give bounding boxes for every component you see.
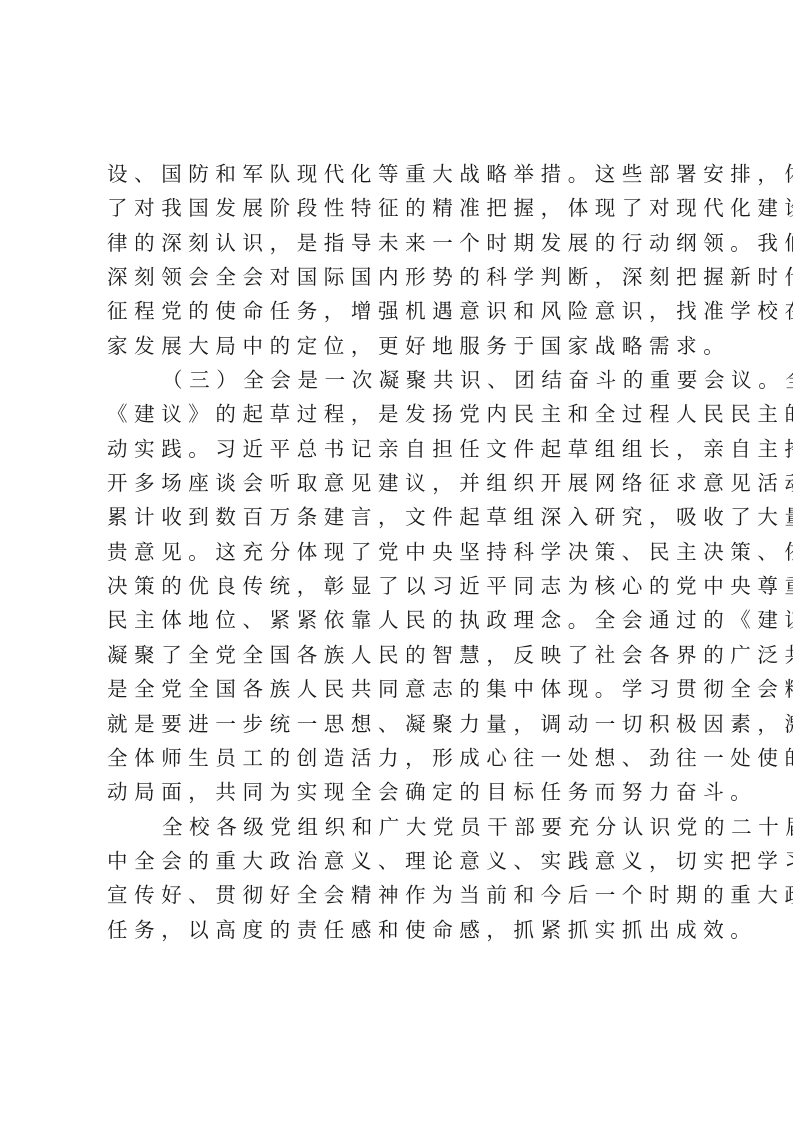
- text-line: （三）全会是一次凝聚共识、团结奋斗的重要会议。全会: [107, 363, 693, 397]
- text-line: 全校各级党组织和广大党员干部要充分认识党的二十届四: [107, 810, 693, 844]
- text-line: 是全党全国各族人民共同意志的集中体现。学习贯彻全会精神，: [107, 672, 693, 706]
- text-line: 开多场座谈会听取意见建议，并组织开展网络征求意见活动，: [107, 466, 693, 500]
- text-line: 任务，以高度的责任感和使命感，抓紧抓实抓出成效。: [107, 913, 693, 947]
- text-line: 全体师生员工的创造活力，形成心往一处想、劲往一处使的生: [107, 741, 693, 775]
- text-line: 了对我国发展阶段性特征的精准把握，体现了对现代化建设规: [107, 191, 693, 225]
- text-line: 《建议》的起草过程，是发扬党内民主和全过程人民民主的生: [107, 397, 693, 431]
- paragraph-strategy-deployment: 设、国防和军队现代化等重大战略举措。这些部署安排，体现 了对我国发展阶段性特征的…: [107, 157, 693, 363]
- text-line: 律的深刻认识，是指导未来一个时期发展的行动纲领。我们要: [107, 226, 693, 260]
- text-line: 深刻领会全会对国际国内形势的科学判断，深刻把握新时代新: [107, 260, 693, 294]
- paragraph-section-three-consensus: （三）全会是一次凝聚共识、团结奋斗的重要会议。全会 《建议》的起草过程，是发扬党…: [107, 363, 693, 809]
- text-line: 家发展大局中的定位，更好地服务于国家战略需求。: [107, 329, 693, 363]
- paragraph-call-to-action: 全校各级党组织和广大党员干部要充分认识党的二十届四 中全会的重大政治意义、理论意…: [107, 810, 693, 947]
- text-line: 动实践。习近平总书记亲自担任文件起草组组长，亲自主持召: [107, 432, 693, 466]
- text-line: 动局面，共同为实现全会确定的目标任务而努力奋斗。: [107, 775, 693, 809]
- text-line: 中全会的重大政治意义、理论意义、实践意义，切实把学习好、: [107, 844, 693, 878]
- text-line: 民主体地位、紧紧依靠人民的执政理念。全会通过的《建议》，: [107, 603, 693, 637]
- text-line: 设、国防和军队现代化等重大战略举措。这些部署安排，体现: [107, 157, 693, 191]
- text-line: 贵意见。这充分体现了党中央坚持科学决策、民主决策、依法: [107, 535, 693, 569]
- text-line: 凝聚了全党全国各族人民的智慧，反映了社会各界的广泛共识，: [107, 638, 693, 672]
- document-page: 设、国防和军队现代化等重大战略举措。这些部署安排，体现 了对我国发展阶段性特征的…: [107, 157, 693, 947]
- text-line: 征程党的使命任务，增强机遇意识和风险意识，找准学校在国: [107, 294, 693, 328]
- text-line: 决策的优良传统，彰显了以习近平同志为核心的党中央尊重人: [107, 569, 693, 603]
- text-line: 就是要进一步统一思想、凝聚力量，调动一切积极因素，激发: [107, 707, 693, 741]
- text-line: 累计收到数百万条建言，文件起草组深入研究，吸收了大量宝: [107, 500, 693, 534]
- text-line: 宣传好、贯彻好全会精神作为当前和今后一个时期的重大政治: [107, 878, 693, 912]
